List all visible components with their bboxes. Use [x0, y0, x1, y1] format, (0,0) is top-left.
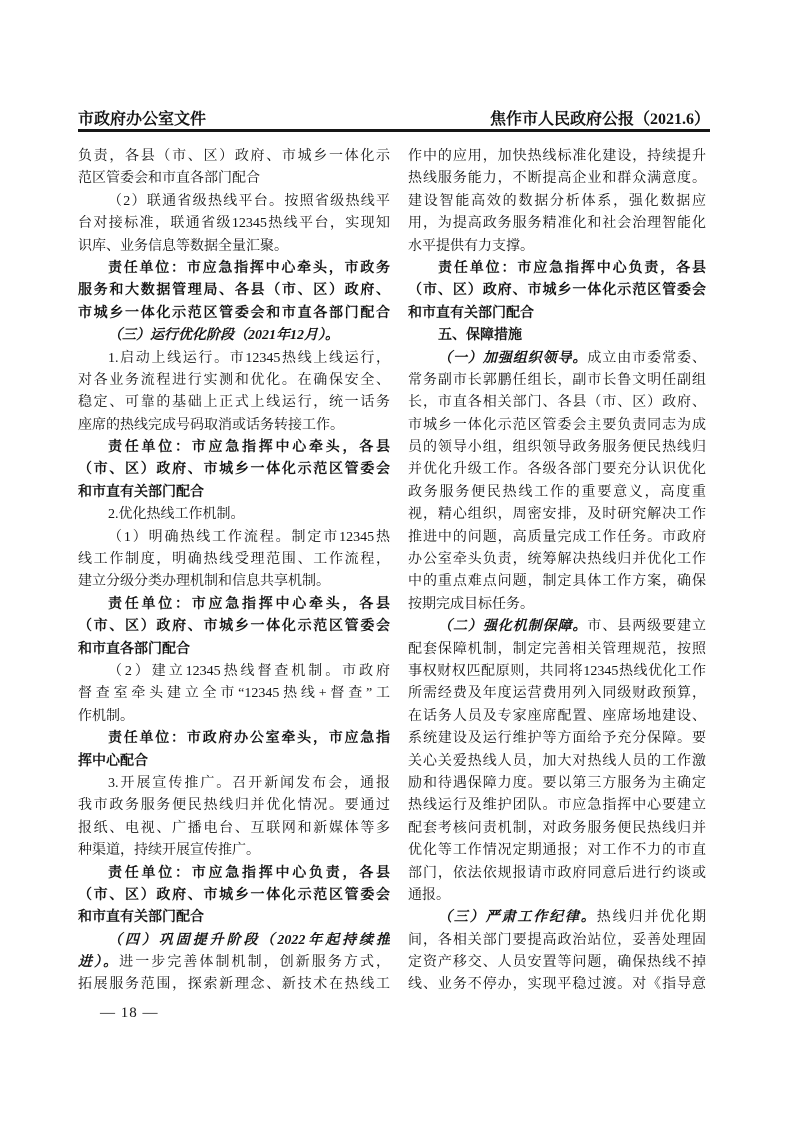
page-number: — 18 —: [100, 1005, 159, 1022]
body-text: 系统建设及运行维护等方面给予充分保障。要: [408, 731, 706, 746]
body-text: 建设智能高效的数据分析体系，强化数据应: [408, 194, 706, 209]
body-text: 励和待遇保障力度。要以第三方服务为主确定: [408, 776, 706, 791]
text-line: 长，市直各相关部门、各县（市、区）政府、: [408, 392, 706, 414]
text-line: 推进中的问题，高质量完成工作任务。市政府: [408, 527, 706, 549]
body-text: 1.启动上线运行。市12345热线上线运行，: [108, 351, 390, 366]
text-line: 服务和大数据管理局、各县（市、区）政府、: [78, 280, 390, 302]
text-line: 视，精心组织，周密安排，及时研究解决工作: [408, 504, 706, 526]
text-line: 责任单位：市应急指挥中心负责，各县: [78, 863, 390, 885]
body-text: 识库、业务信息等数据全量汇聚。: [78, 239, 288, 254]
body-text: 中的重点难点问题，制定具体工作方案，确保: [408, 574, 706, 589]
bold-text: 和市直各部门配合: [78, 642, 190, 657]
bold-text: 和市直有关部门配合: [408, 306, 534, 321]
text-line: 员的领导小组，组织领导政务服务便民热线归: [408, 437, 706, 459]
right-column: 作中的应用，加快热线标准化建设，持续提升热线服务能力，不断提高企业和群众满意度。…: [408, 146, 706, 997]
header-rule: [78, 129, 710, 132]
text-line: 线、业务不停办，实现平稳过渡。对《指导意: [408, 974, 706, 996]
bold-text: 责任单位：市应急指挥中心负责，各县: [108, 866, 390, 881]
text-line: 督查室牵头建立全市“12345热线+督查”工: [78, 683, 390, 705]
text-line: 间，各相关部门要提高政治站位，妥善处理固: [408, 930, 706, 952]
bold-text: 挥中心配合: [78, 754, 148, 769]
kai-heading-text: （三）严肃工作纪律。: [438, 910, 597, 925]
bold-text: 和市直有关部门配合: [78, 485, 204, 500]
text-line: 配套考核问责机制，对政务服务便民热线归并: [408, 818, 706, 840]
text-line: 关心关爱热线人员，加大对热线人员的工作激: [408, 751, 706, 773]
body-text: 所需经费及年度运营费用列入同级财政预算，: [408, 686, 706, 701]
text-line: 市城乡一体化示范区管委会和市直各部门配合: [78, 303, 390, 325]
text-line: 在话务人员及专家座席配置、座席场地建设、: [408, 706, 706, 728]
text-line: 常务副市长郭鹏任组长，副市长鲁文明任副组: [408, 370, 706, 392]
text-line: 我市政务服务便民热线归并优化情况。要通过: [78, 795, 390, 817]
text-line: 1.启动上线运行。市12345热线上线运行，: [78, 348, 390, 370]
text-line: 拓展服务范围，探索新理念、新技术在热线工: [78, 974, 390, 996]
text-line: 市城乡一体化示范区管委会主要负责同志为成: [408, 415, 706, 437]
kai-heading-text: （一）加强组织领导。: [438, 351, 587, 366]
body-text: 线、业务不停办，实现平稳过渡。对《指导意: [408, 977, 706, 992]
bold-text: 五、保障措施: [438, 328, 522, 343]
document-body: 负责，各县（市、区）政府、市城乡一体化示范区管委会和市直各部门配合（2）联通省级…: [78, 146, 706, 997]
text-line: 励和待遇保障力度。要以第三方服务为主确定: [408, 773, 706, 795]
text-line: 识库、业务信息等数据全量汇聚。: [78, 236, 390, 258]
body-text: 2.优化热线工作机制。: [108, 507, 245, 522]
body-text: 视，精心组织，周密安排，及时研究解决工作: [408, 507, 706, 522]
text-line: 五、保障措施: [408, 325, 706, 347]
text-line: （一）加强组织领导。成立由市委常委、: [408, 348, 706, 370]
body-text: 定资产移交、人员安置等问题，确保热线不掉: [408, 955, 706, 970]
body-text: 市、县两级要建立: [587, 619, 706, 634]
text-line: 作机制。: [78, 706, 390, 728]
text-line: （四）巩固提升阶段（2022年起持续推: [78, 930, 390, 952]
body-text: 办公室牵头负责，统筹解决热线归并优化工作: [408, 552, 706, 567]
text-line: 水平提供有力支撑。: [408, 236, 706, 258]
body-text: 事权财权匹配原则，共同将12345热线优化工作: [408, 664, 706, 679]
body-text: 间，各相关部门要提高政治站位，妥善处理固: [408, 933, 706, 948]
body-text: 3.开展宣传推广。召开新闻发布会，通报: [108, 776, 390, 791]
body-text: 在话务人员及专家座席配置、座席场地建设、: [408, 709, 706, 724]
text-line: 责任单位：市应急指挥中心负责，各县: [408, 258, 706, 280]
text-line: （2）建立12345热线督查机制。市政府: [78, 661, 390, 683]
kai-heading-text: （二）强化机制保障。: [438, 619, 587, 634]
bold-text: 责任单位：市应急指挥中心牵头，市政务: [108, 261, 390, 276]
body-text: 政务服务便民热线工作的重要意义，高度重: [408, 485, 706, 500]
text-line: （市、区）政府、市城乡一体化示范区管委会: [78, 616, 390, 638]
body-text: 热线运行及维护团队。市应急指挥中心要建立: [408, 798, 706, 813]
bold-text: （市、区）政府、市城乡一体化示范区管委会: [78, 619, 390, 634]
text-line: 进）。进一步完善体制机制，创新服务方式，: [78, 952, 390, 974]
text-line: 和市直有关部门配合: [408, 303, 706, 325]
page-header: 市政府办公室文件 焦作市人民政府公报（2021.6）: [78, 106, 710, 129]
kai-heading-text: （四）巩固提升阶段（2022年起持续推: [108, 933, 390, 948]
bold-text: 责任单位：市政府办公室牵头，市应急指: [108, 731, 390, 746]
body-text: 热线归并优化期: [597, 910, 706, 925]
text-line: 热线运行及维护团队。市应急指挥中心要建立: [408, 795, 706, 817]
text-line: （2）联通省级热线平台。按照省级热线平: [78, 191, 390, 213]
body-text: 通报。: [408, 888, 450, 903]
text-line: 和市直有关部门配合: [78, 907, 390, 929]
bold-text: 服务和大数据管理局、各县（市、区）政府、: [78, 283, 390, 298]
text-line: （三）运行优化阶段（2021年12月）。: [78, 325, 390, 347]
body-text: 长，市直各相关部门、各县（市、区）政府、: [408, 395, 706, 410]
text-line: （市、区）政府、市城乡一体化示范区管委会: [408, 280, 706, 302]
gazette-page: 市政府办公室文件 焦作市人民政府公报（2021.6） 负责，各县（市、区）政府、…: [0, 0, 793, 1122]
text-line: 种渠道，持续开展宣传推广。: [78, 840, 390, 862]
text-line: 部门，依法依规报请市政府同意后进行约谈或: [408, 863, 706, 885]
text-line: 政务服务便民热线工作的重要意义，高度重: [408, 482, 706, 504]
body-text: 对各业务流程进行实测和优化。在确保安全、: [78, 373, 390, 388]
body-text: 负责，各县（市、区）政府、市城乡一体化示: [78, 149, 390, 164]
text-line: 作中的应用，加快热线标准化建设，持续提升: [408, 146, 706, 168]
body-text: 按期完成目标任务。: [408, 597, 534, 612]
text-line: 稳定、可靠的基础上正式上线运行，统一话务: [78, 392, 390, 414]
body-text: （2）联通省级热线平台。按照省级热线平: [108, 194, 390, 209]
text-line: 中的重点难点问题，制定具体工作方案，确保: [408, 571, 706, 593]
text-line: 系统建设及运行维护等方面给予充分保障。要: [408, 728, 706, 750]
body-text: 线工作制度，明确热线受理范围、工作流程，: [78, 552, 390, 567]
text-line: 用，为提高政务服务精准化和社会治理智能化: [408, 213, 706, 235]
body-text: 作机制。: [78, 709, 134, 724]
bold-text: 责任单位：市应急指挥中心负责，各县: [438, 261, 706, 276]
text-line: 热线服务能力，不断提高企业和群众满意度。: [408, 168, 706, 190]
text-line: （市、区）政府、市城乡一体化示范区管委会: [78, 459, 390, 481]
body-text: 热线服务能力，不断提高企业和群众满意度。: [408, 171, 706, 186]
text-line: （二）强化机制保障。市、县两级要建立: [408, 616, 706, 638]
text-line: 并优化升级工作。各级各部门要充分认识优化: [408, 459, 706, 481]
body-text: 进一步完善体制机制，创新服务方式，: [119, 955, 390, 970]
text-line: 3.开展宣传推广。召开新闻发布会，通报: [78, 773, 390, 795]
text-line: 配套保障机制，制定完善相关管理规范，按照: [408, 639, 706, 661]
text-line: 2.优化热线工作机制。: [78, 504, 390, 526]
left-column: 负责，各县（市、区）政府、市城乡一体化示范区管委会和市直各部门配合（2）联通省级…: [78, 146, 390, 997]
kai-heading-text: 进）。: [78, 955, 119, 970]
body-text: 成立由市委常委、: [587, 351, 706, 366]
text-line: 所需经费及年度运营费用列入同级财政预算，: [408, 683, 706, 705]
body-text: 作中的应用，加快热线标准化建设，持续提升: [408, 149, 706, 164]
body-text: 台对接标准，联通省级12345热线平台，实现知: [78, 216, 390, 231]
body-text: （2）建立12345热线督查机制。市政府: [108, 664, 390, 679]
header-left-title: 市政府办公室文件: [78, 106, 206, 129]
body-text: 部门，依法依规报请市政府同意后进行约谈或: [408, 866, 706, 881]
bold-text: （市、区）政府、市城乡一体化示范区管委会: [78, 462, 390, 477]
body-text: 市城乡一体化示范区管委会主要负责同志为成: [408, 418, 706, 433]
text-line: 挥中心配合: [78, 751, 390, 773]
text-line: 责任单位：市应急指挥中心牵头，各县: [78, 437, 390, 459]
bold-text: （市、区）政府、市城乡一体化示范区管委会: [408, 283, 706, 298]
text-line: 通报。: [408, 885, 706, 907]
text-line: （1）明确热线工作流程。制定市12345热: [78, 527, 390, 549]
bold-text: 责任单位：市应急指挥中心牵头，各县: [108, 440, 390, 455]
text-line: 按期完成目标任务。: [408, 594, 706, 616]
body-text: 座席的热线完成号码取消或话务转接工作。: [78, 418, 344, 433]
text-line: 建立分级分类办理机制和信息共享机制。: [78, 571, 390, 593]
body-text: 配套保障机制，制定完善相关管理规范，按照: [408, 642, 706, 657]
kai-heading-text: （三）运行优化阶段（2021年12月）。: [108, 328, 339, 343]
body-text: 拓展服务范围，探索新理念、新技术在热线工: [78, 977, 390, 992]
body-text: 督查室牵头建立全市“12345热线+督查”工: [78, 686, 390, 701]
text-line: 座席的热线完成号码取消或话务转接工作。: [78, 415, 390, 437]
text-line: 范区管委会和市直各部门配合: [78, 168, 390, 190]
bold-text: 和市直有关部门配合: [78, 910, 204, 925]
text-line: 办公室牵头负责，统筹解决热线归并优化工作: [408, 549, 706, 571]
body-text: （1）明确热线工作流程。制定市12345热: [108, 530, 390, 545]
body-text: 并优化升级工作。各级各部门要充分认识优化: [408, 462, 706, 477]
body-text: 种渠道，持续开展宣传推广。: [78, 843, 260, 858]
body-text: 建立分级分类办理机制和信息共享机制。: [78, 574, 330, 589]
body-text: 配套考核问责机制，对政务服务便民热线归并: [408, 821, 706, 836]
text-line: 责任单位：市应急指挥中心牵头，各县: [78, 594, 390, 616]
text-line: 对各业务流程进行实测和优化。在确保安全、: [78, 370, 390, 392]
body-text: 水平提供有力支撑。: [408, 239, 534, 254]
body-text: 员的领导小组，组织领导政务服务便民热线归: [408, 440, 706, 455]
body-text: 常务副市长郭鹏任组长，副市长鲁文明任副组: [408, 373, 706, 388]
bold-text: 责任单位：市应急指挥中心牵头，各县: [108, 597, 390, 612]
body-text: 推进中的问题，高质量完成工作任务。市政府: [408, 530, 706, 545]
body-text: 优化等工作情况定期通报；对工作不力的市直: [408, 843, 706, 858]
text-line: 责任单位：市应急指挥中心牵头，市政务: [78, 258, 390, 280]
text-line: 和市直有关部门配合: [78, 482, 390, 504]
body-text: 用，为提高政务服务精准化和社会治理智能化: [408, 216, 706, 231]
body-text: 我市政务服务便民热线归并优化情况。要通过: [78, 798, 390, 813]
body-text: 稳定、可靠的基础上正式上线运行，统一话务: [78, 395, 390, 410]
body-text: 报纸、电视、广播电台、互联网和新媒体等多: [78, 821, 390, 836]
body-text: 范区管委会和市直各部门配合: [78, 171, 260, 186]
text-line: 优化等工作情况定期通报；对工作不力的市直: [408, 840, 706, 862]
text-line: 台对接标准，联通省级12345热线平台，实现知: [78, 213, 390, 235]
text-line: 建设智能高效的数据分析体系，强化数据应: [408, 191, 706, 213]
text-line: （市、区）政府、市城乡一体化示范区管委会: [78, 885, 390, 907]
header-right-title: 焦作市人民政府公报（2021.6）: [490, 106, 710, 129]
bold-text: 市城乡一体化示范区管委会和市直各部门配合: [78, 306, 390, 321]
text-line: （三）严肃工作纪律。热线归并优化期: [408, 907, 706, 929]
text-line: 事权财权匹配原则，共同将12345热线优化工作: [408, 661, 706, 683]
text-line: 线工作制度，明确热线受理范围、工作流程，: [78, 549, 390, 571]
body-text: 关心关爱热线人员，加大对热线人员的工作激: [408, 754, 706, 769]
text-line: 报纸、电视、广播电台、互联网和新媒体等多: [78, 818, 390, 840]
text-line: 负责，各县（市、区）政府、市城乡一体化示: [78, 146, 390, 168]
text-line: 和市直各部门配合: [78, 639, 390, 661]
text-line: 定资产移交、人员安置等问题，确保热线不掉: [408, 952, 706, 974]
text-line: 责任单位：市政府办公室牵头，市应急指: [78, 728, 390, 750]
bold-text: （市、区）政府、市城乡一体化示范区管委会: [78, 888, 390, 903]
